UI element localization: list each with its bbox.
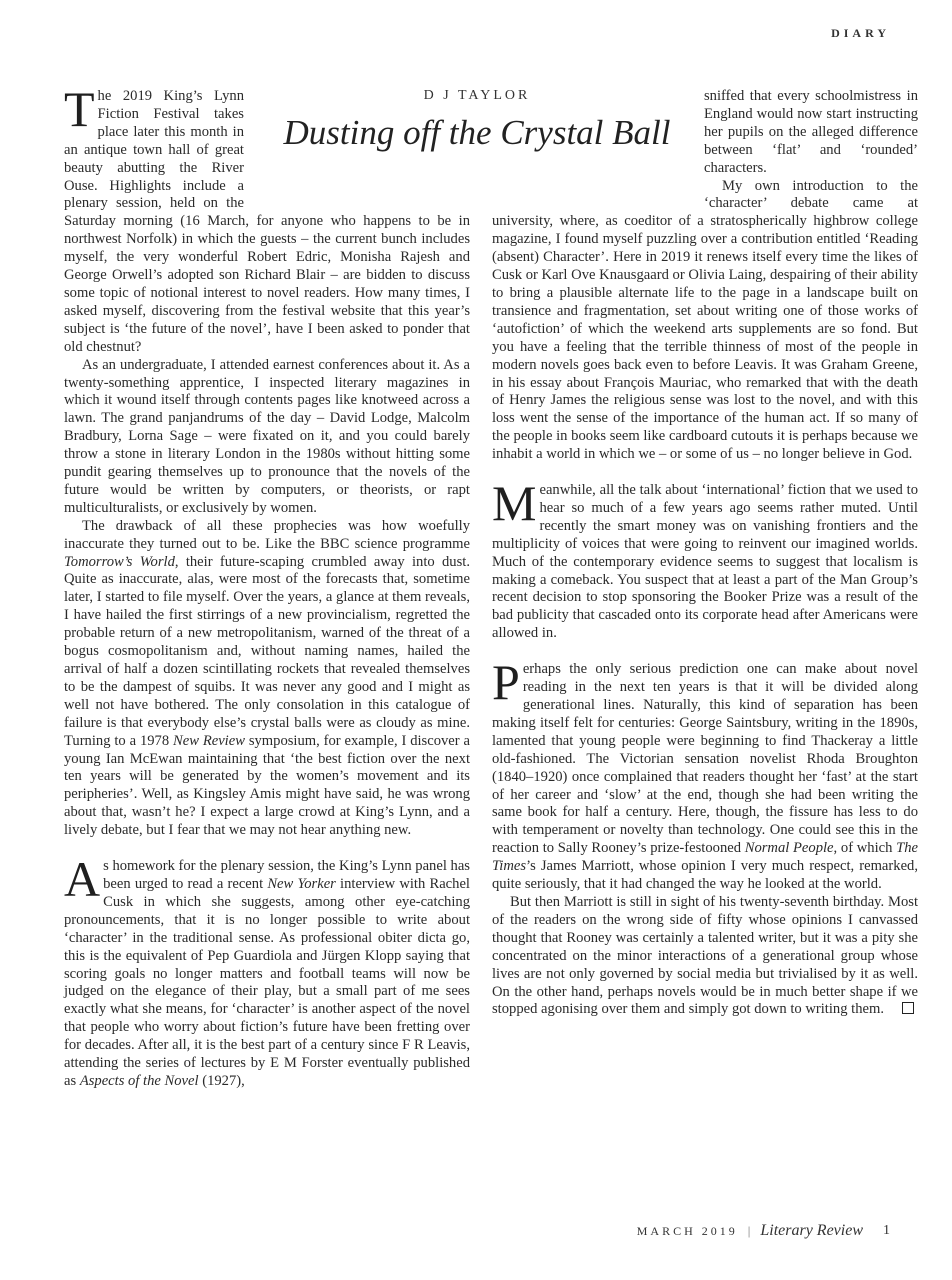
footer-separator: | <box>748 1223 751 1239</box>
right-column: sniffed that every schoolmistress in Eng… <box>492 88 918 1019</box>
page-footer: MARCH 2019 | Literary Review 1 <box>637 1222 890 1240</box>
paragraph: As homework for the plenary session, the… <box>64 858 470 1091</box>
paragraph: The drawback of all these prophecies was… <box>64 518 470 840</box>
paragraph: As an undergraduate, I attended earnest … <box>64 357 470 518</box>
paragraph: Perhaps the only serious prediction one … <box>492 661 918 894</box>
drop-cap: M <box>492 484 539 522</box>
paragraph: Meanwhile, all the talk about ‘internati… <box>492 482 918 643</box>
page-number: 1 <box>883 1223 890 1239</box>
title-wrap-spacer <box>244 88 470 196</box>
left-column: The 2019 King’s Lynn Fiction Festival ta… <box>64 88 470 1091</box>
magazine-name: Literary Review <box>760 1222 863 1240</box>
section-label: DIARY <box>831 26 890 41</box>
paragraph: My own introduction to the ‘character’ d… <box>492 178 918 465</box>
paragraph: But then Marriott is still in sight of h… <box>492 894 918 1019</box>
drop-cap: T <box>64 90 98 128</box>
title-wrap-spacer <box>492 88 704 196</box>
end-of-article-square-icon <box>902 1002 914 1014</box>
issue-date: MARCH 2019 <box>637 1224 738 1239</box>
drop-cap: P <box>492 663 523 701</box>
drop-cap: A <box>64 860 103 898</box>
